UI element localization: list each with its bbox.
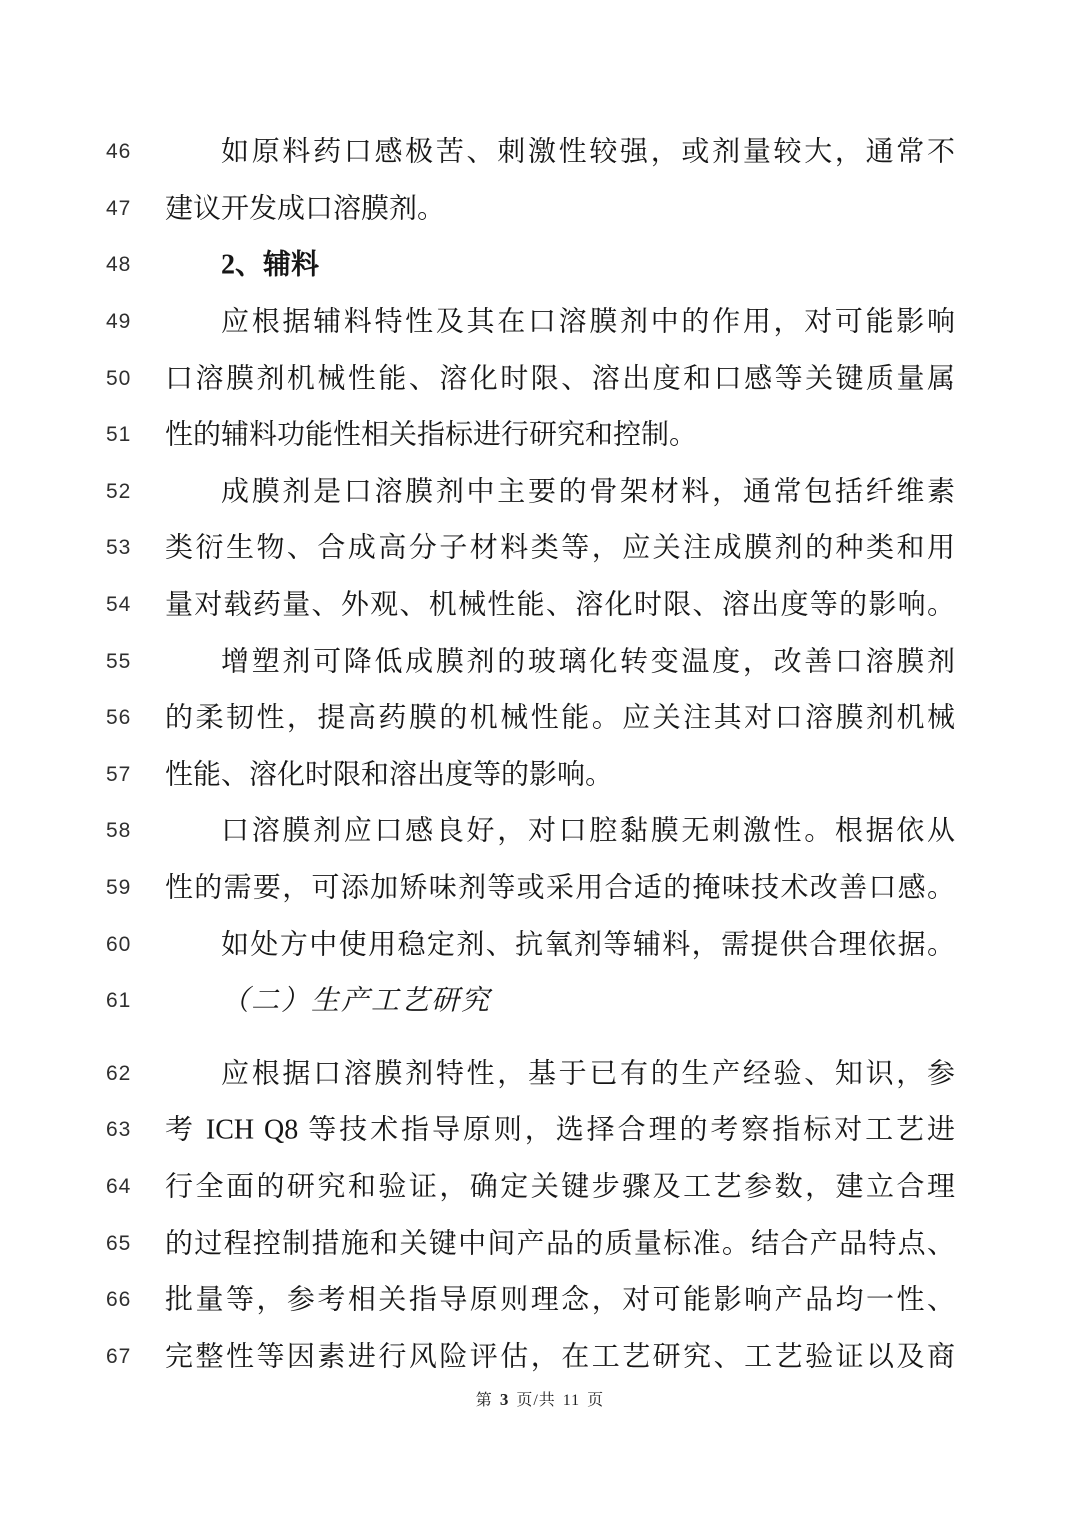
line-number: 54 bbox=[106, 593, 131, 617]
text-line: 50 口溶膜剂机械性能、溶化时限、溶出度和口感等关键质量属 bbox=[0, 350, 1080, 407]
line-text: 的柔韧性，提高药膜的机械性能。应关注其对口溶膜剂机械 bbox=[165, 701, 955, 736]
text-line: 46 如原料药口感极苦、刺激性较强，或剂量较大，通常不 bbox=[0, 124, 1080, 181]
text-line: 63 考 ICH Q8 等技术指导原则，选择合理的考察指标对工艺进 bbox=[0, 1102, 1080, 1159]
text-line: 56 的柔韧性，提高药膜的机械性能。应关注其对口溶膜剂机械 bbox=[0, 690, 1080, 747]
line-number: 66 bbox=[106, 1288, 131, 1312]
text-line: 47 建议开发成口溶膜剂。 bbox=[0, 181, 1080, 238]
line-text: 成膜剂是口溶膜剂中主要的骨架材料，通常包括纤维素 bbox=[165, 474, 955, 509]
text-line: 49 应根据辅料特性及其在口溶膜剂中的作用，对可能影响 bbox=[0, 294, 1080, 351]
line-number: 55 bbox=[106, 650, 131, 674]
footer-total-pages: 11 bbox=[563, 1392, 580, 1410]
line-number: 61 bbox=[106, 989, 131, 1013]
line-number: 63 bbox=[106, 1118, 131, 1142]
line-number: 60 bbox=[106, 933, 131, 957]
footer-suffix: 页 bbox=[587, 1387, 604, 1410]
line-number: 65 bbox=[106, 1232, 131, 1256]
text-line: 67 完整性等因素进行风险评估，在工艺研究、工艺验证以及商 bbox=[0, 1328, 1080, 1385]
text-line: 64 行全面的研究和验证，确定关键步骤及工艺参数，建立合理 bbox=[0, 1159, 1080, 1216]
line-number: 49 bbox=[106, 310, 131, 334]
text-line: 51 性的辅料功能性相关指标进行研究和控制。 bbox=[0, 407, 1080, 464]
line-number: 62 bbox=[106, 1062, 131, 1086]
footer-prefix: 第 bbox=[476, 1387, 493, 1410]
line-number: 59 bbox=[106, 876, 131, 900]
text-line: 53 类衍生物、合成高分子材料类等，应关注成膜剂的种类和用 bbox=[0, 520, 1080, 577]
line-number: 64 bbox=[106, 1175, 131, 1199]
line-number: 52 bbox=[106, 480, 131, 504]
line-number: 46 bbox=[106, 140, 131, 164]
line-text: 如原料药口感极苦、刺激性较强，或剂量较大，通常不 bbox=[165, 135, 955, 170]
text-line: 66 批量等，参考相关指导原则理念，对可能影响产品均一性、 bbox=[0, 1272, 1080, 1329]
line-number: 58 bbox=[106, 819, 131, 843]
line-number: 47 bbox=[106, 197, 131, 221]
line-text: 考 ICH Q8 等技术指导原则，选择合理的考察指标对工艺进 bbox=[165, 1113, 955, 1148]
line-text: 口溶膜剂应口感良好，对口腔黏膜无刺激性。根据依从 bbox=[165, 814, 955, 849]
line-text: 应根据辅料特性及其在口溶膜剂中的作用，对可能影响 bbox=[165, 305, 955, 340]
text-line: 59 性的需要，可添加矫味剂等或采用合适的掩味技术改善口感。 bbox=[0, 860, 1080, 917]
line-text: 增塑剂可降低成膜剂的玻璃化转变温度，改善口溶膜剂 bbox=[165, 644, 955, 679]
text-line: 62 应根据口溶膜剂特性，基于已有的生产经验、知识，参 bbox=[0, 1046, 1080, 1103]
line-text: 建议开发成口溶膜剂。 bbox=[165, 191, 955, 226]
line-text: 量对载药量、外观、机械性能、溶化时限、溶出度等的影响。 bbox=[165, 588, 955, 623]
line-number: 48 bbox=[106, 253, 131, 277]
line-text: 性能、溶化时限和溶出度等的影响。 bbox=[165, 757, 955, 792]
text-line: 57 性能、溶化时限和溶出度等的影响。 bbox=[0, 747, 1080, 804]
line-text: （二）生产工艺研究 bbox=[165, 984, 955, 1019]
text-line: 61 （二）生产工艺研究 bbox=[0, 973, 1080, 1030]
text-line: 52 成膜剂是口溶膜剂中主要的骨架材料，通常包括纤维素 bbox=[0, 464, 1080, 521]
line-text: 性的辅料功能性相关指标进行研究和控制。 bbox=[165, 418, 955, 453]
line-text: 行全面的研究和验证，确定关键步骤及工艺参数，建立合理 bbox=[165, 1169, 955, 1204]
document-body: 46 如原料药口感极苦、刺激性较强，或剂量较大，通常不 47 建议开发成口溶膜剂… bbox=[0, 124, 1080, 1385]
line-number: 56 bbox=[106, 706, 131, 730]
line-number: 51 bbox=[106, 423, 131, 447]
footer-separator: 页/共 bbox=[516, 1387, 555, 1410]
line-text: 性的需要，可添加矫味剂等或采用合适的掩味技术改善口感。 bbox=[165, 871, 955, 906]
text-line: 60 如处方中使用稳定剂、抗氧剂等辅料，需提供合理依据。 bbox=[0, 916, 1080, 973]
line-text: 的过程控制措施和关键中间产品的质量标准。结合产品特点、 bbox=[165, 1226, 955, 1261]
text-line: 58 口溶膜剂应口感良好，对口腔黏膜无刺激性。根据依从 bbox=[0, 803, 1080, 860]
text-line: 65 的过程控制措施和关键中间产品的质量标准。结合产品特点、 bbox=[0, 1215, 1080, 1272]
page-footer: 第3页/共11页 bbox=[0, 1387, 1080, 1410]
line-number: 57 bbox=[106, 763, 131, 787]
line-text: 2、辅料 bbox=[165, 248, 955, 283]
line-text: 如处方中使用稳定剂、抗氧剂等辅料，需提供合理依据。 bbox=[165, 927, 955, 962]
text-line: 54 量对载药量、外观、机械性能、溶化时限、溶出度等的影响。 bbox=[0, 577, 1080, 634]
footer-current-page: 3 bbox=[500, 1390, 510, 1410]
line-text: 类衍生物、合成高分子材料类等，应关注成膜剂的种类和用 bbox=[165, 531, 955, 566]
line-number: 67 bbox=[106, 1345, 131, 1369]
text-line: 48 2、辅料 bbox=[0, 237, 1080, 294]
line-text: 口溶膜剂机械性能、溶化时限、溶出度和口感等关键质量属 bbox=[165, 361, 955, 396]
line-text: 完整性等因素进行风险评估，在工艺研究、工艺验证以及商 bbox=[165, 1339, 955, 1374]
line-text: 批量等，参考相关指导原则理念，对可能影响产品均一性、 bbox=[165, 1283, 955, 1318]
text-line: 55 增塑剂可降低成膜剂的玻璃化转变温度，改善口溶膜剂 bbox=[0, 633, 1080, 690]
line-number: 50 bbox=[106, 367, 131, 391]
line-number: 53 bbox=[106, 536, 131, 560]
line-text: 应根据口溶膜剂特性，基于已有的生产经验、知识，参 bbox=[165, 1056, 955, 1091]
